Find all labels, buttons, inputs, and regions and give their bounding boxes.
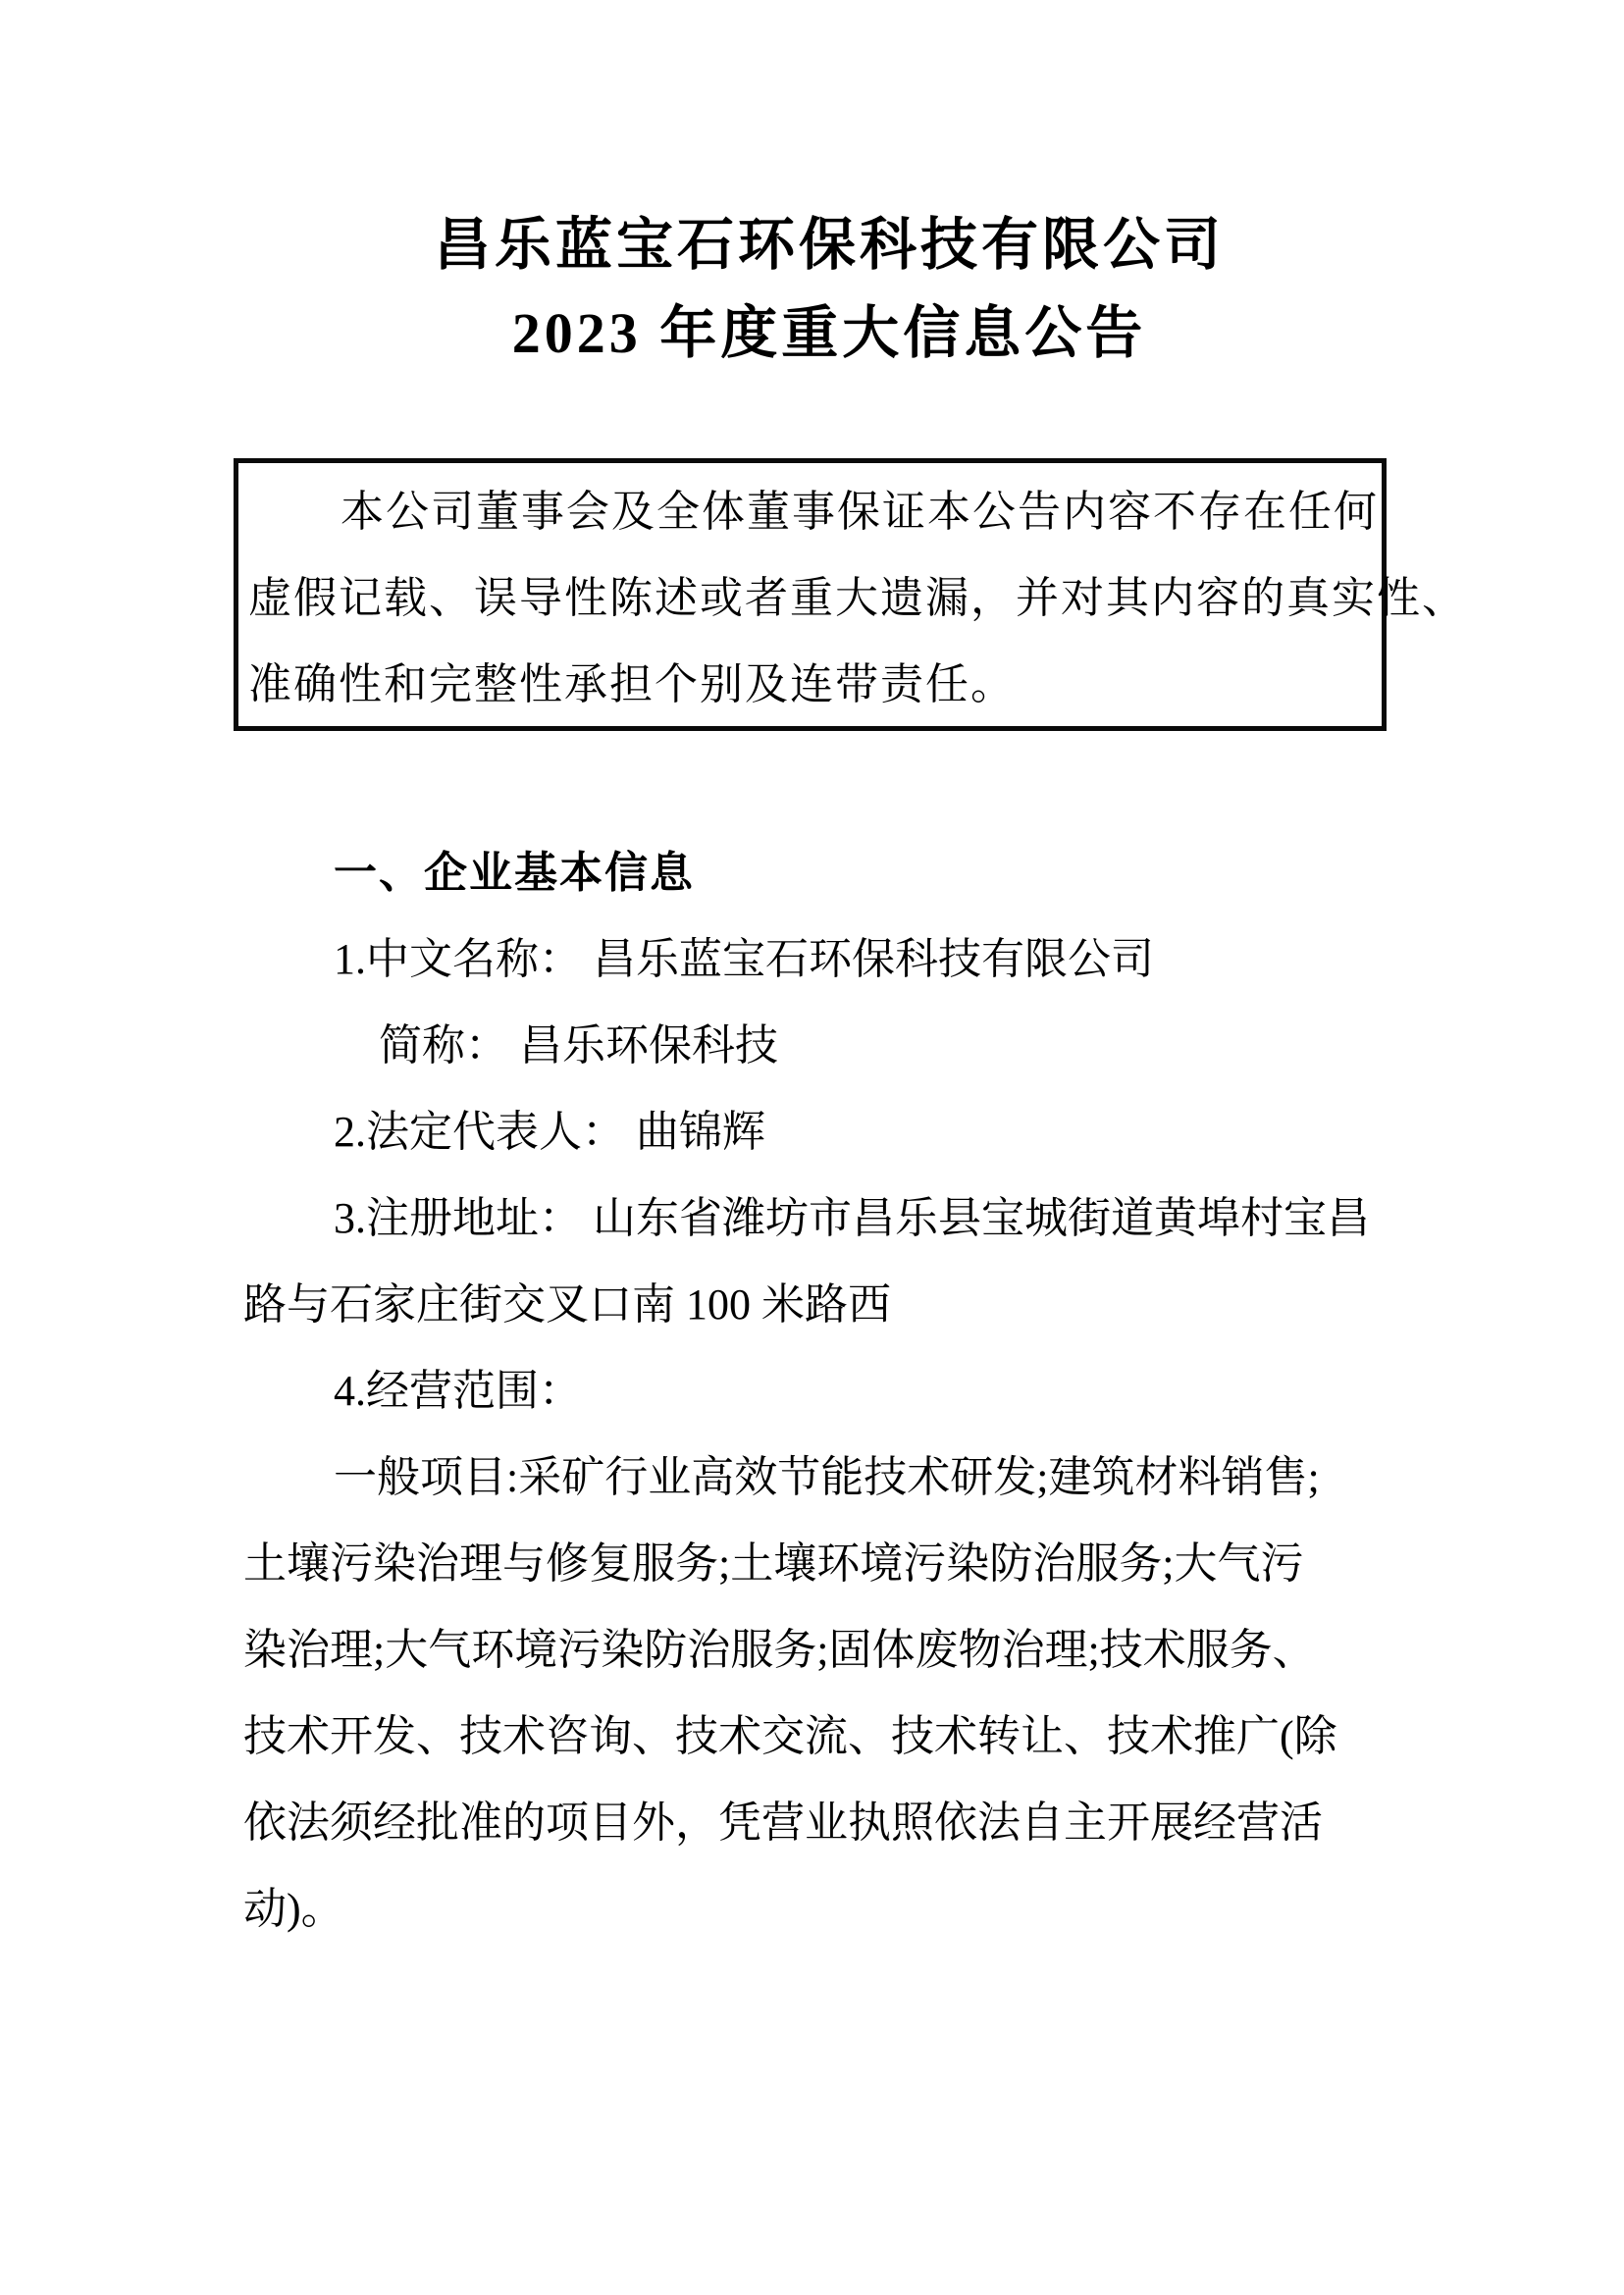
disclaimer-line: 准确性和完整性承担个别及连带责任。	[248, 642, 1372, 728]
body-line-registered-address-1: 3.注册地址： 山东省潍坊市昌乐县宝城街道黄埠村宝昌	[243, 1175, 1387, 1262]
board-disclaimer-box: 本公司董事会及全体董事保证本公告内容不存在任何 虚假记载、误导性陈述或者重大遗漏…	[234, 458, 1387, 731]
body-line-business-scope-1: 一般项目:采矿行业高效节能技术研发;建筑材料销售;	[243, 1434, 1387, 1521]
document-title-line-1: 昌乐蓝宝石环保科技有限公司	[83, 201, 1575, 289]
body-line-legal-representative: 2.法定代表人： 曲锦辉	[243, 1089, 1387, 1175]
document-title-line-2: 2023 年度重大信息公告	[83, 289, 1575, 378]
body-line-business-scope-5: 依法须经批准的项目外，凭营业执照依法自主开展经营活	[243, 1780, 1387, 1866]
announcement-page: 昌乐蓝宝石环保科技有限公司 2023 年度重大信息公告 本公司董事会及全体董事保…	[0, 0, 1624, 2295]
body-line-business-scope-4: 技术开发、技术咨询、技术交流、技术转让、技术推广(除	[243, 1694, 1387, 1780]
disclaimer-line: 本公司董事会及全体董事保证本公告内容不存在任何	[248, 469, 1372, 555]
section-heading-basic-info: 一、企业基本信息	[243, 830, 1387, 916]
body-line-business-scope-6: 动)。	[243, 1866, 1387, 1953]
document-title: 昌乐蓝宝石环保科技有限公司 2023 年度重大信息公告	[83, 201, 1575, 378]
body-line-business-scope-3: 染治理;大气环境污染防治服务;固体废物治理;技术服务、	[243, 1607, 1387, 1694]
body-line-chinese-name: 1.中文名称： 昌乐蓝宝石环保科技有限公司	[243, 916, 1387, 1003]
disclaimer-line: 虚假记载、误导性陈述或者重大遗漏，并对其内容的真实性、	[248, 555, 1372, 642]
body-line-business-scope-2: 土壤污染治理与修复服务;土壤环境污染防治服务;大气污	[243, 1521, 1387, 1607]
document-body: 一、企业基本信息 1.中文名称： 昌乐蓝宝石环保科技有限公司 简称： 昌乐环保科…	[243, 830, 1387, 1953]
body-line-short-name: 简称： 昌乐环保科技	[243, 1003, 1387, 1089]
body-line-business-scope-label: 4.经营范围：	[243, 1348, 1387, 1434]
body-line-registered-address-2: 路与石家庄街交叉口南 100 米路西	[243, 1262, 1387, 1348]
